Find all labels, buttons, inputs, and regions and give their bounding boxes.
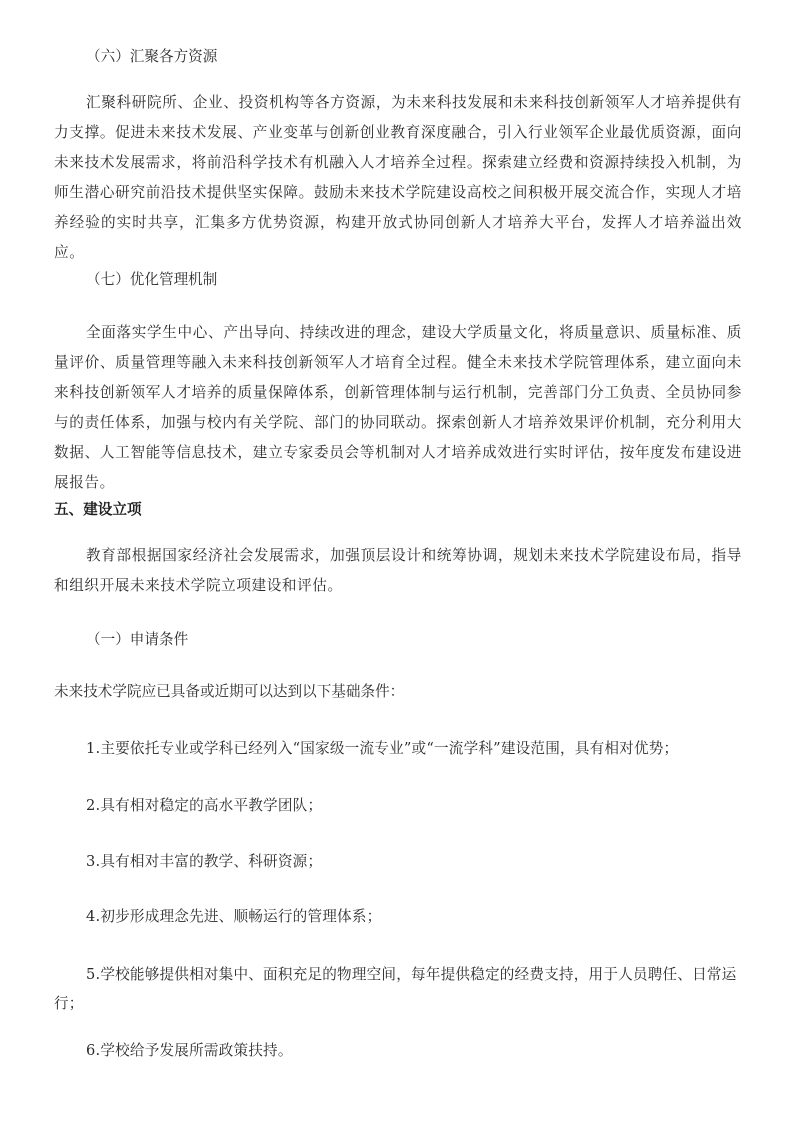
subsection-heading: （一）申请条件: [86, 625, 774, 655]
condition-item-5: 5.学校能够提供相对集中、面积充足的物理空间，每年提供稳定的经费支持，用于人员聘…: [54, 960, 742, 1018]
condition-item-1: 1.主要依托专业或学科已经列入“国家级一流专业”或“一流学科”建设范围，具有相对…: [54, 734, 742, 764]
section-body-7: 全面落实学生中心、产出导向、持续改进的理念，建设大学质量文化，将质量意识、质量标…: [54, 318, 742, 498]
section-heading-7: （七）优化管理机制: [86, 265, 774, 295]
chapter-body: 教育部根据国家经济社会发展需求，加强顶层设计和统筹协调，规划未来技术学院建设布局…: [54, 541, 742, 601]
chapter-heading: 五、建设立项: [54, 495, 742, 525]
condition-item-3: 3.具有相对丰富的教学、科研资源；: [54, 847, 742, 877]
condition-item-2: 2.具有相对稳定的高水平教学团队；: [54, 791, 742, 821]
section-heading-6: （六）汇聚各方资源: [86, 42, 774, 72]
condition-item-4: 4.初步形成理念先进、顺畅运行的管理体系；: [54, 902, 742, 932]
condition-item-6: 6.学校给予发展所需政策扶持。: [54, 1036, 742, 1066]
section-body-6: 汇聚科研院所、企业、投资机构等各方资源，为未来科技发展和未来科技创新领军人才培养…: [54, 88, 742, 268]
subsection-intro: 未来技术学院应已具备或近期可以达到以下基础条件：: [54, 677, 742, 707]
